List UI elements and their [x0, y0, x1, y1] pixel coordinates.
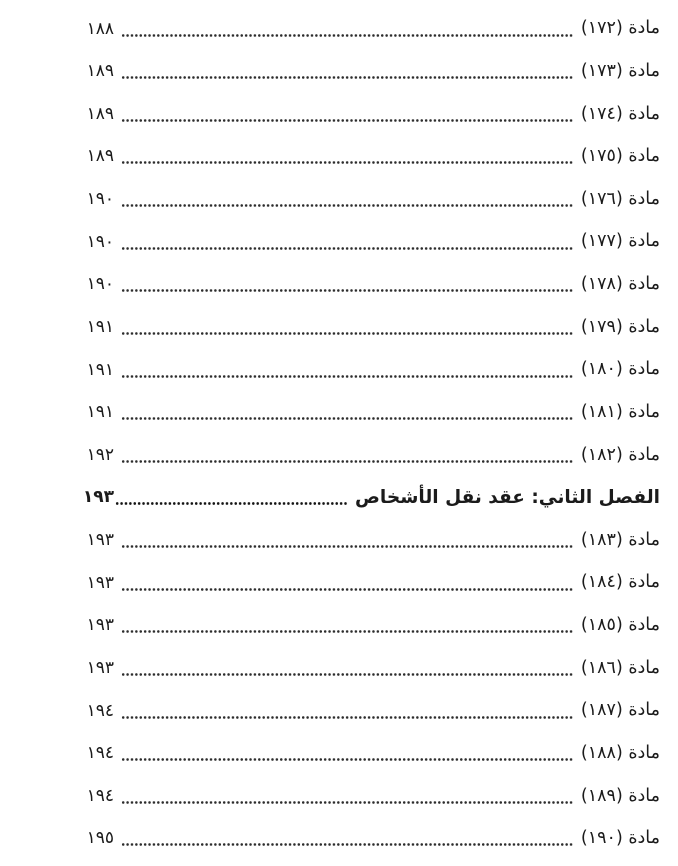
document-page: مادة (١٧٢) ١٨٨ مادة (١٧٣) ١٨٩ مادة (١٧٤)… — [0, 0, 678, 866]
toc-entry-page-number: ١٩٣ — [78, 532, 114, 549]
dotted-leader — [121, 801, 574, 804]
toc-entry: مادة (١٧٦) ١٩٠ — [78, 179, 660, 221]
toc-entry: مادة (١٨٥) ١٩٣ — [78, 605, 660, 647]
toc-entry-page-number: ١٩٤ — [78, 703, 114, 720]
dotted-leader — [121, 76, 574, 79]
toc-entry: مادة (١٧٣) ١٨٩ — [78, 51, 660, 93]
toc-entry-label: مادة (١٨٨) — [581, 745, 660, 763]
toc-entry-page-number: ١٨٨ — [78, 21, 114, 38]
dotted-leader — [121, 119, 574, 122]
toc-entry-page-number: ١٨٩ — [78, 148, 114, 165]
dotted-leader — [121, 758, 574, 761]
toc-entry-label: مادة (١٧٩) — [581, 319, 660, 337]
toc-entry-label: مادة (١٨٠) — [581, 361, 660, 379]
dotted-leader — [121, 716, 574, 719]
dotted-leader — [121, 289, 574, 292]
toc-entry: مادة (١٨٩) ١٩٤ — [78, 775, 660, 817]
toc-entry: مادة (١٨٢) ١٩٢ — [78, 434, 660, 476]
dotted-leader — [121, 460, 574, 463]
toc-entry-page-number: ١٩٠ — [78, 191, 114, 208]
toc-entry-page-number: ١٨٩ — [78, 63, 114, 80]
toc-entry-page-number: ١٩٥ — [78, 830, 114, 847]
toc-entry-label: مادة (١٨٢) — [581, 447, 660, 465]
toc-entry: مادة (١٩٠) ١٩٥ — [78, 818, 660, 860]
toc-entry-label: مادة (١٧٦) — [581, 191, 660, 209]
dotted-leader — [121, 375, 574, 378]
toc-entry-label: مادة (١٨٦) — [581, 660, 660, 678]
toc-entry-page-number: ١٩١ — [78, 362, 114, 379]
toc-entry-label: مادة (١٧٣) — [581, 63, 660, 81]
toc-entry-page-number: ١٩٠ — [78, 234, 114, 251]
dotted-leader — [121, 673, 574, 676]
toc-entry-label: مادة (١٧٥) — [581, 148, 660, 166]
toc-entry: مادة (١٧٨) ١٩٠ — [78, 264, 660, 306]
toc-entry-page-number: ١٩٣ — [78, 575, 114, 592]
dotted-leader — [121, 204, 574, 207]
toc-entry-label: مادة (١٧٨) — [581, 276, 660, 294]
toc-entry: مادة (١٨٨) ١٩٤ — [78, 733, 660, 775]
toc-entry-page-number: ١٨٩ — [78, 106, 114, 123]
toc-entry-label: مادة (١٧٧) — [581, 233, 660, 251]
toc-entry-label: الفصل الثاني: عقد نقل الأشخاص — [355, 489, 660, 508]
toc-entry: مادة (١٧٢) ١٨٨ — [78, 8, 660, 50]
toc-entry-label: مادة (١٧٢) — [581, 20, 660, 38]
dotted-leader — [121, 588, 574, 591]
dotted-leader — [121, 843, 574, 846]
toc-entry-page-number: ١٩٣ — [78, 489, 114, 506]
toc-entry-page-number: ١٩١ — [78, 404, 114, 421]
toc-entry-page-number: ١٩٢ — [78, 447, 114, 464]
toc-entry-label: مادة (١٨٧) — [581, 702, 660, 720]
toc-entry-label: مادة (١٨٤) — [581, 574, 660, 592]
toc-entry: مادة (١٨٠) ١٩١ — [78, 349, 660, 391]
table-of-contents: مادة (١٧٢) ١٨٨ مادة (١٧٣) ١٨٩ مادة (١٧٤)… — [0, 0, 678, 866]
toc-entry-label: مادة (١٨٥) — [581, 617, 660, 635]
dotted-leader — [121, 332, 574, 335]
toc-entry-label: مادة (١٧٤) — [581, 106, 660, 124]
toc-entry-page-number: ١٩١ — [78, 319, 114, 336]
toc-entry-page-number: ١٩٣ — [78, 660, 114, 677]
toc-entry: مادة (١٨٤) ١٩٣ — [78, 562, 660, 604]
toc-entry: مادة (١٧٤) ١٨٩ — [78, 93, 660, 135]
toc-entry-page-number: ١٩٣ — [78, 617, 114, 634]
toc-entry: مادة (١٨١) ١٩١ — [78, 392, 660, 434]
dotted-leader — [121, 247, 574, 250]
toc-entry-page-number: ١٩٤ — [78, 745, 114, 762]
toc-entry-label: مادة (١٨١) — [581, 404, 660, 422]
toc-entry-label: مادة (١٩٠) — [581, 830, 660, 848]
dotted-leader — [121, 417, 574, 420]
toc-entry-page-number: ١٩٠ — [78, 276, 114, 293]
toc-entry-chapter: الفصل الثاني: عقد نقل الأشخاص ١٩٣ — [78, 477, 660, 519]
dotted-leader — [115, 502, 348, 505]
dotted-leader — [121, 545, 574, 548]
toc-entry: مادة (١٨٦) ١٩٣ — [78, 647, 660, 689]
dotted-leader — [121, 161, 574, 164]
toc-entry-label: مادة (١٨٩) — [581, 788, 660, 806]
dotted-leader — [121, 34, 574, 37]
toc-entry: مادة (١٧٥) ١٨٩ — [78, 136, 660, 178]
toc-entry: مادة (١٧٧) ١٩٠ — [78, 221, 660, 263]
toc-entry-page-number: ١٩٤ — [78, 788, 114, 805]
toc-entry: مادة (١٨٣) ١٩٣ — [78, 520, 660, 562]
toc-entry: مادة (١٧٩) ١٩١ — [78, 306, 660, 348]
dotted-leader — [121, 630, 574, 633]
toc-entry: مادة (١٨٧) ١٩٤ — [78, 690, 660, 732]
toc-entry-label: مادة (١٨٣) — [581, 532, 660, 550]
